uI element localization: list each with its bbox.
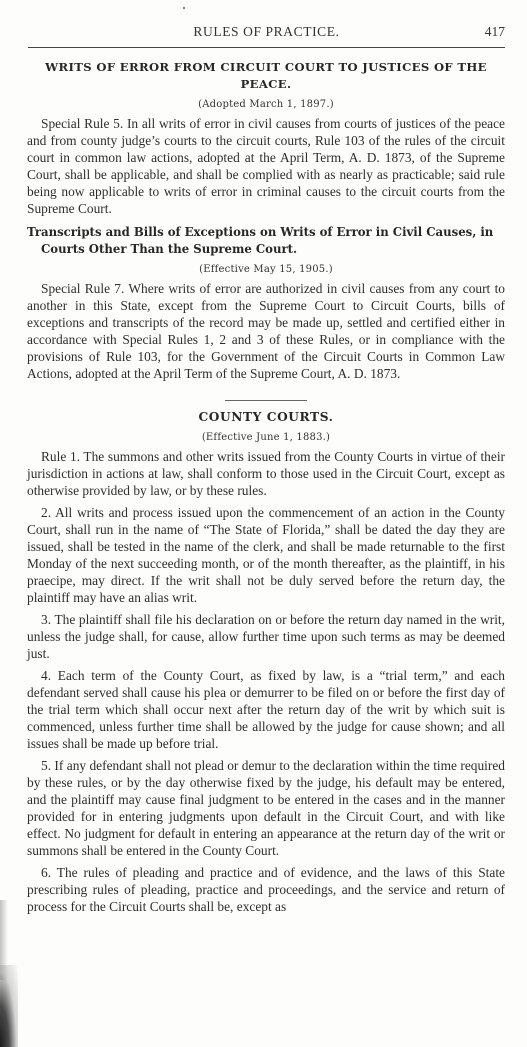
paragraph-rule-3: 3. The plaintiff shall file his declarat… [27, 611, 505, 662]
scan-speck [183, 7, 185, 9]
running-head: RULES OF PRACTICE. 417 [28, 18, 505, 40]
section-subhead: Transcripts and Bills of Exceptions on W… [27, 224, 505, 258]
paragraph-rule-4: 4. Each term of the County Court, as fix… [27, 667, 505, 752]
book-page: RULES OF PRACTICE. 417 WRITS OF ERROR FR… [0, 0, 527, 1047]
paragraph-rule-5: 5. If any defendant shall not plead or d… [27, 757, 505, 859]
running-head-title: RULES OF PRACTICE. [28, 24, 505, 40]
page-body: WRITS OF ERROR FROM CIRCUIT COURT TO JUS… [27, 55, 505, 920]
section-divider-rule [225, 400, 307, 401]
section-writs-of-error-justices: WRITS OF ERROR FROM CIRCUIT COURT TO JUS… [27, 59, 505, 217]
paragraph-rule-2: 2. All writs and process issued upon the… [27, 504, 505, 606]
page-number: 417 [485, 24, 505, 40]
paragraph-special-rule-7: Special Rule 7. Where writs of error are… [27, 280, 505, 382]
binding-gutter-shadow-dark [0, 965, 18, 1047]
section-title: WRITS OF ERROR FROM CIRCUIT COURT TO JUS… [35, 59, 497, 93]
paragraph-special-rule-5: Special Rule 5. In all writs of error in… [27, 115, 505, 217]
section-dateline: (Effective June 1, 1883.) [27, 429, 505, 446]
section-transcripts-bills-of-exceptions: Transcripts and Bills of Exceptions on W… [27, 224, 505, 382]
header-rule [28, 47, 505, 48]
paragraph-rule-1: Rule 1. The summons and other writs issu… [27, 448, 505, 499]
section-dateline: (Adopted March 1, 1897.) [27, 96, 505, 113]
paragraph-rule-6: 6. The rules of pleading and practice an… [27, 864, 505, 915]
section-dateline: (Effective May 15, 1905.) [27, 261, 505, 278]
section-county-courts: COUNTY COURTS. (Effective June 1, 1883.)… [27, 409, 505, 915]
section-title: COUNTY COURTS. [35, 409, 497, 426]
